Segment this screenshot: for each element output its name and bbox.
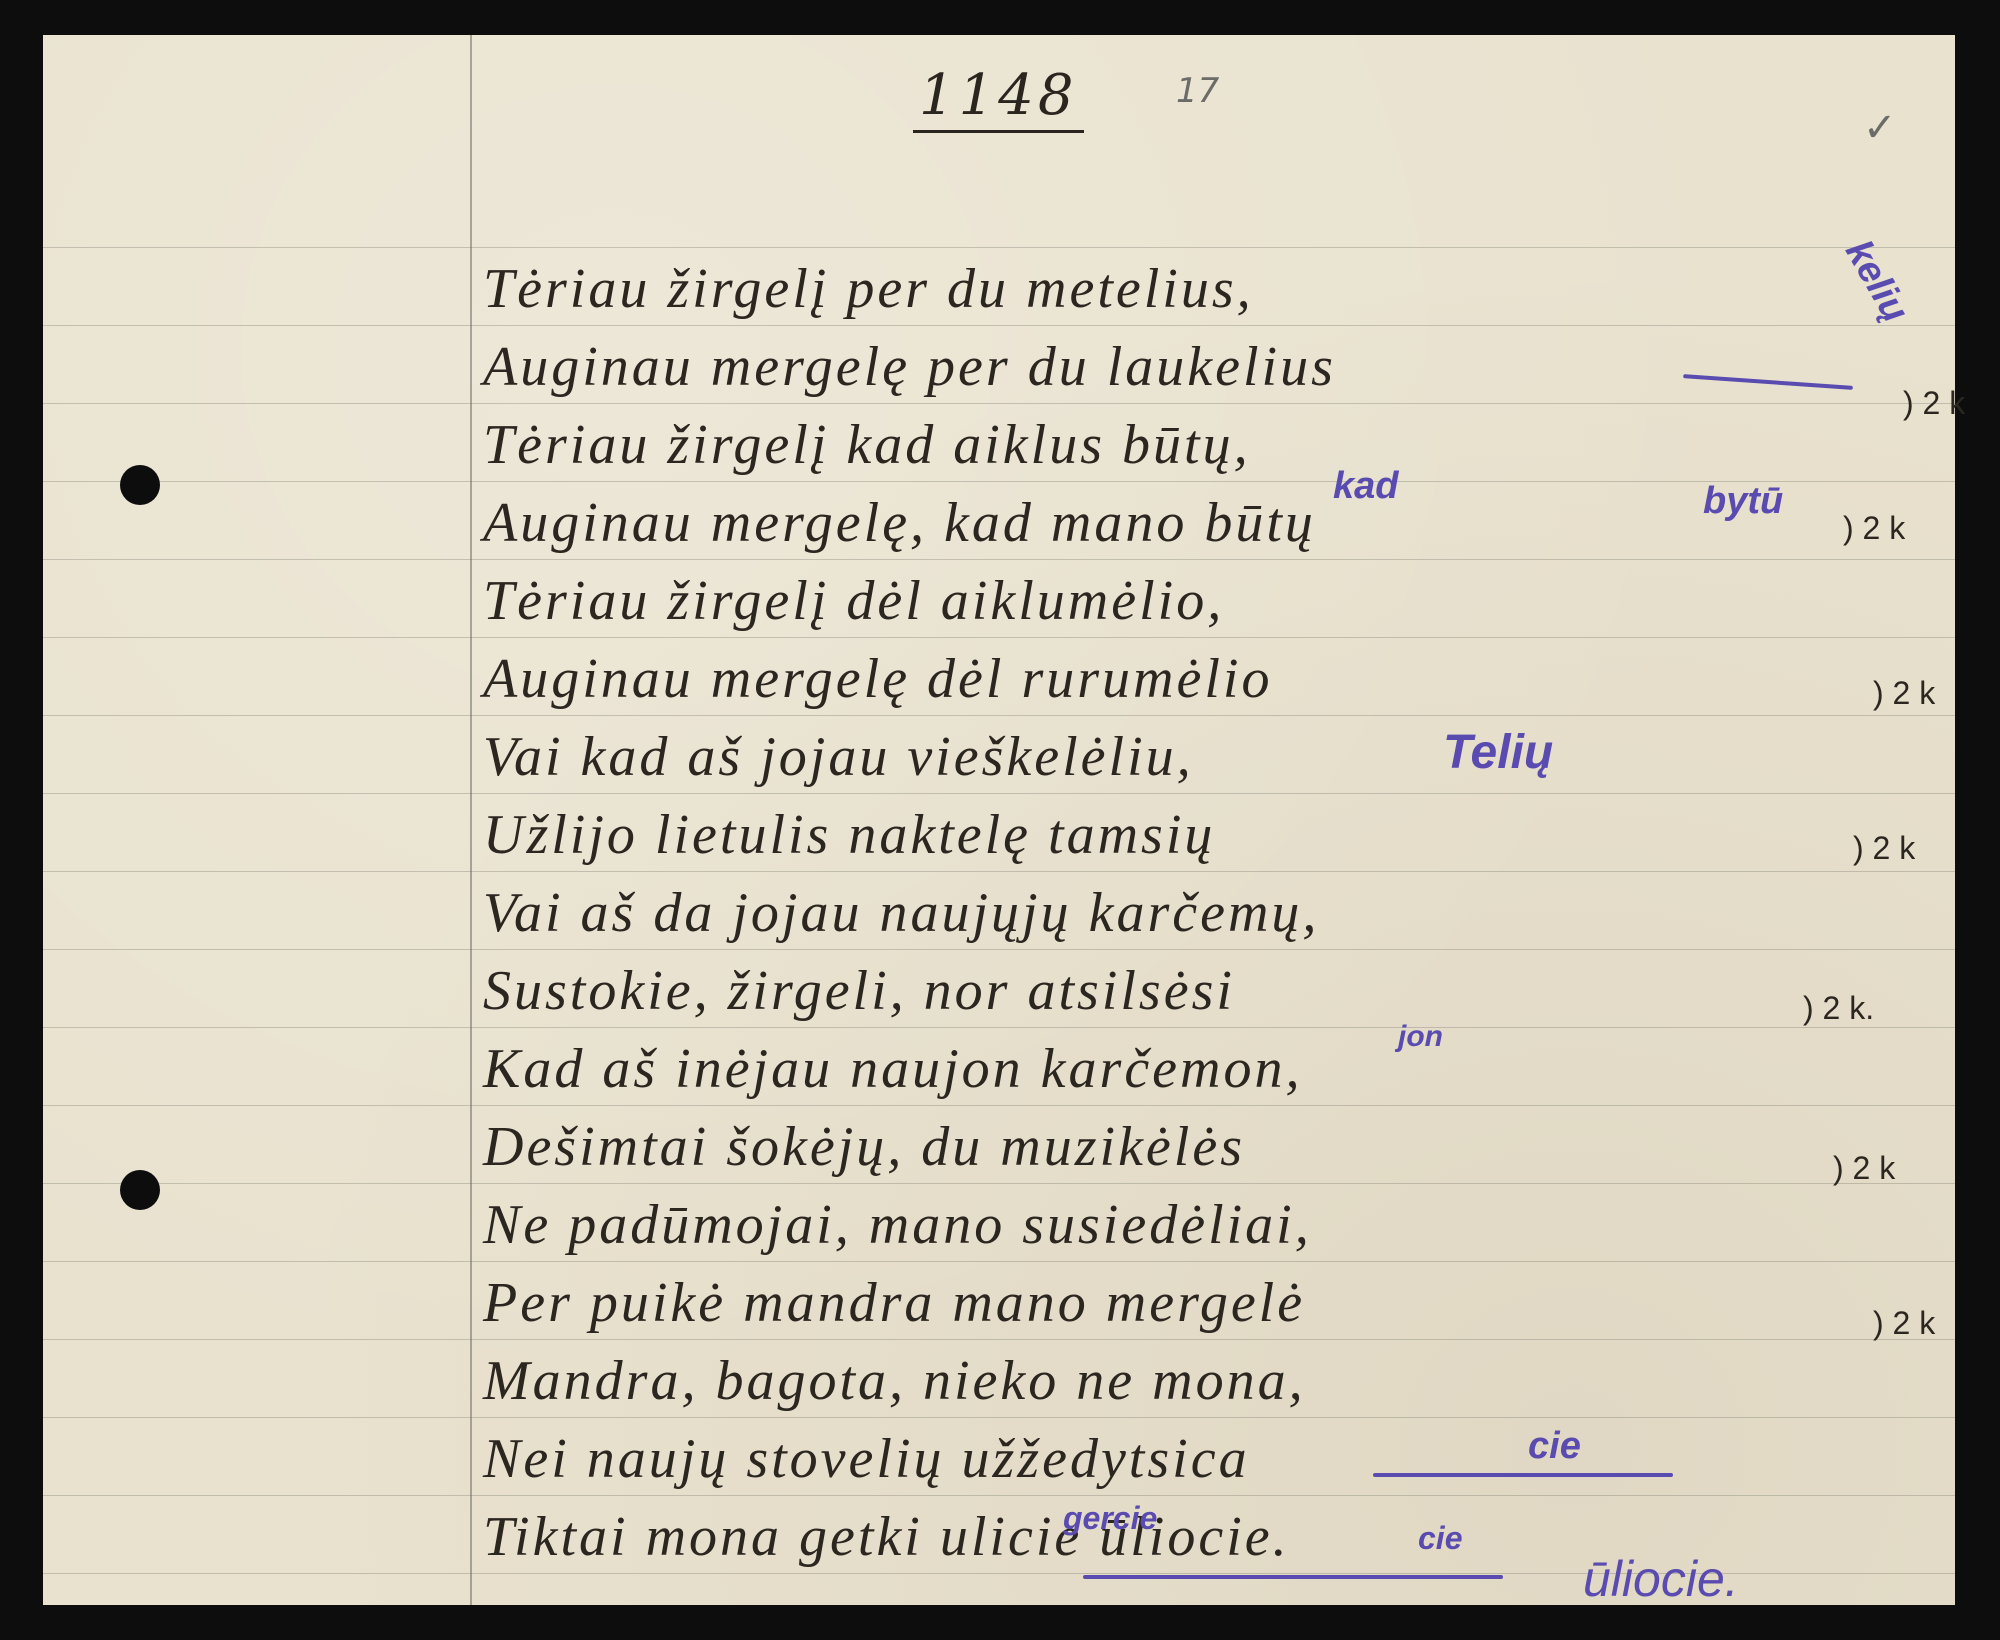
verse-line: Dešimtai šokėjų, du muzikėlės: [483, 1115, 1245, 1185]
verse-line: Tėriau žirgelį dėl aiklumėlio,: [483, 569, 1224, 639]
verse-line: Auginau mergelę, kad mano būtų: [483, 491, 1316, 561]
correction-note: cie: [1418, 1520, 1462, 1557]
document-page: 1148 17 ✓ Tėriau žirgelį per du metelius…: [43, 35, 1955, 1605]
repeat-tally: ) 2 k: [1873, 1305, 1935, 1342]
strike-through: [1683, 374, 1853, 390]
repeat-tally: ) 2 k.: [1803, 990, 1874, 1027]
repeat-tally: ) 2 k: [1853, 830, 1915, 867]
verse-line: Ne padūmojai, mano susiedėliai,: [483, 1193, 1312, 1263]
punch-hole: [120, 1170, 160, 1210]
strike-through: [1373, 1473, 1673, 1477]
verse-line: Kad aš inėjau naujon karčemon,: [483, 1037, 1302, 1107]
check-mark-icon: ✓: [1863, 105, 1897, 151]
page-number: 1148: [913, 63, 1084, 133]
verse-line: Tiktai mona getki ulicie ūliocie.: [483, 1505, 1290, 1575]
verse-line: Vai aš da jojau naujųjų karčemų,: [483, 881, 1319, 951]
correction-note: Telių: [1443, 725, 1553, 780]
margin-line: [470, 35, 472, 1605]
strike-through: [1083, 1575, 1503, 1579]
correction-note: ūliocie.: [1583, 1550, 1739, 1608]
punch-hole: [120, 465, 160, 505]
verse-line: Nei naujų stovelių užžedytsica: [483, 1427, 1250, 1497]
verse-line: Per puikė mandra mano mergelė: [483, 1271, 1305, 1341]
correction-note: jon: [1398, 1020, 1443, 1054]
correction-note: kad: [1333, 465, 1398, 508]
verse-line: Vai kad aš jojau vieškelėliu,: [483, 725, 1194, 795]
pencil-mark: 17: [1176, 71, 1219, 111]
verse-line: Užlijo lietulis naktelę tamsių: [483, 803, 1215, 873]
verse-line: Mandra, bagota, nieko ne mona,: [483, 1349, 1306, 1419]
verse-line: Tėriau žirgelį kad aiklus būtų,: [483, 413, 1251, 483]
verse-line: Sustokie, žirgeli, nor atsilsėsi: [483, 959, 1235, 1029]
repeat-tally: ) 2 k: [1833, 1150, 1895, 1187]
correction-note: bytū: [1703, 480, 1783, 523]
ruled-line: [43, 247, 1955, 248]
verse-line: Tėriau žirgelį per du metelius,: [483, 257, 1254, 327]
repeat-tally: ) 2 k: [1873, 675, 1935, 712]
verse-line: Auginau mergelę dėl rurumėlio: [483, 647, 1272, 717]
correction-note: gercie: [1063, 1500, 1157, 1537]
repeat-tally: ) 2 k: [1843, 510, 1905, 547]
repeat-tally: ) 2 k: [1903, 385, 1965, 422]
verse-line: Auginau mergelę per du laukelius: [483, 335, 1336, 405]
correction-note: cie: [1528, 1425, 1581, 1468]
